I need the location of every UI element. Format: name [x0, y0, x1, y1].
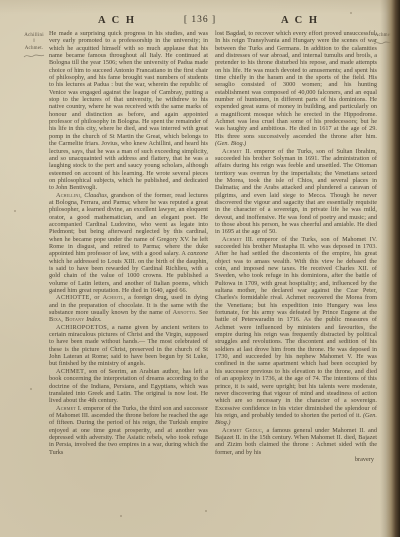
paragraph: Achmet III. emperor of the Turks, son of… — [215, 236, 377, 427]
paragraph: Achmet Geduc, a famous general under Mah… — [215, 427, 377, 456]
paragraph-segment: Index. — [86, 316, 101, 323]
paragraph-segment: (Gen. Biog.) — [215, 140, 246, 147]
paragraph: ACHMET, son of Seerim, an Arabian author… — [49, 368, 208, 405]
page-edge-shadow — [380, 0, 400, 537]
paragraph-segment: lost Bagdad, to recover which every effo… — [215, 30, 377, 140]
paragraph-segment: ACHIROPOETOS — [56, 324, 107, 331]
text-column-left: He made a surprising quick progress in h… — [49, 30, 208, 464]
paragraph-segment: Achiotl — [103, 294, 124, 301]
paragraph-segment: canzone — [188, 250, 208, 257]
swash-flourish-icon — [23, 53, 45, 59]
page-paper: A C H [ 136 ] A C H Achillini‖Achmet. Ac… — [0, 0, 400, 537]
paragraph-segment: ACHMET — [56, 368, 84, 375]
paragraph-segment: Arnotto — [173, 309, 195, 316]
paragraph: lost Bagdad, to recover which every effo… — [215, 30, 377, 148]
text-column-right-paras: lost Bagdad, to recover which every effo… — [215, 30, 377, 456]
paragraph-segment: He made a surprising quick progress in h… — [49, 30, 208, 191]
page-number: [ 136 ] — [184, 15, 216, 25]
text-body: He made a surprising quick progress in h… — [49, 30, 377, 464]
paragraph-segment: Achmet — [222, 148, 242, 155]
paragraph: Achmet II. emperor of the Turks, son of … — [215, 148, 377, 236]
margin-note-left: Achillini‖Achmet. — [21, 33, 47, 59]
paragraph-segment: III. emperor of the Turks, son of Mahome… — [215, 236, 377, 419]
paragraph-segment: , a name given by ancient writers to cer… — [49, 324, 208, 368]
paragraph-segment: , or — [90, 294, 103, 301]
paragraph: ACHIOTTE, or Achiotl, a foreign drug, us… — [49, 294, 208, 323]
running-title-right: A C H — [281, 15, 319, 26]
paragraph-segment: which he addressed to Louis XIII. on the… — [49, 258, 208, 294]
paper-speck — [120, 515, 122, 517]
paragraph-segment: Achmet Geduc — [222, 427, 262, 434]
running-title-left: A C H — [98, 15, 136, 26]
paragraph-segment: ACHIOTTE — [56, 294, 90, 301]
paragraph: He made a surprising quick progress in h… — [49, 30, 208, 192]
paper-speck — [350, 12, 352, 14]
paragraph: Achillini, Claudius, grandson of the for… — [49, 192, 208, 295]
margin-note-text: Achmet. — [21, 46, 47, 52]
paragraph-segment: I. emperor of the Turks, the third son a… — [49, 405, 208, 456]
paper-speck — [30, 388, 32, 390]
paragraph-segment: Achillini — [56, 192, 80, 199]
paragraph-segment: Bixa, Botany — [49, 316, 84, 323]
catchword: bravery — [215, 456, 377, 463]
paper-speck — [205, 510, 207, 512]
paragraph-segment: Claudius — [84, 192, 107, 199]
paragraph-segment: Achmet — [222, 236, 242, 243]
text-column-right: lost Bagdad, to recover which every effo… — [215, 30, 377, 464]
paragraph: Achmet I. emperor of the Turks, the thir… — [49, 405, 208, 456]
paragraph-segment: , grandson of the former, read lectures … — [49, 192, 208, 258]
paper-speck — [14, 210, 16, 212]
paragraph-segment: Achmet — [56, 405, 76, 412]
paragraph-segment: . See — [195, 309, 208, 316]
paragraph-segment: II. emperor of the Turks, son of Sultan … — [215, 148, 377, 236]
paragraph: ACHIROPOETOS, a name given by ancient wr… — [49, 324, 208, 368]
